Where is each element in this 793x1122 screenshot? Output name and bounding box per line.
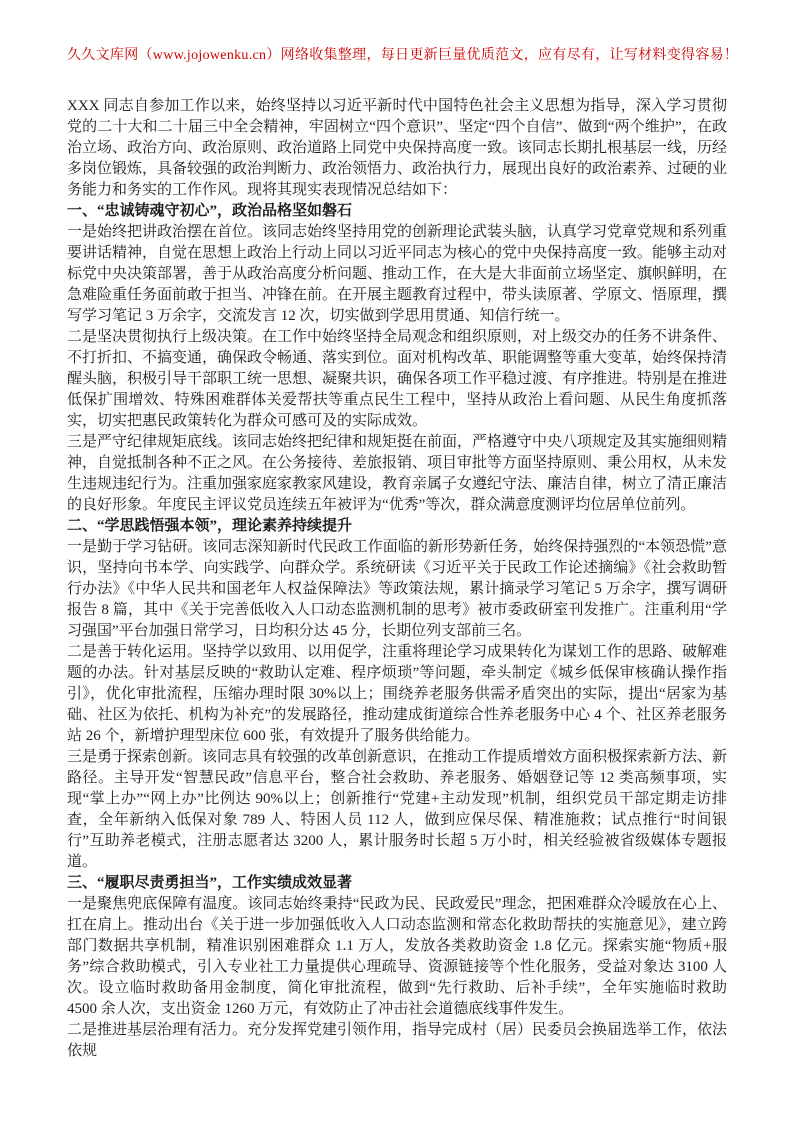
section-heading-3: 三、“履职尽责勇担当”，工作实绩成效显著 (67, 873, 727, 894)
section1-point3-paragraph: 三是严守纪律规矩底线。该同志始终把纪律和规矩挺在前面，严格遵守中央八项规定及其实… (67, 432, 727, 516)
watermark-header: 久久文库网（www.jojowenku.cn）网络收集整理，每日更新巨量优质范文… (67, 45, 727, 66)
section2-point1-paragraph: 一是勤于学习钻研。该同志深知新时代民政工作面临的新形势新任务，始终保持强烈的“本… (67, 537, 727, 642)
section-heading-2: 二、“学思践悟强本领”，理论素养持续提升 (67, 516, 727, 537)
section2-point2-paragraph: 二是善于转化运用。坚持学以致用、以用促学，注重将理论学习成果转化为谋划工作的思路… (67, 642, 727, 747)
section3-point2-paragraph-truncated: 二是推进基层治理有活力。充分发挥党建引领作用，指导完成村（居）民委员会换届选举工… (67, 1020, 727, 1062)
section3-point1-paragraph: 一是聚焦兜底保障有温度。该同志始终秉持“民政为民、民政爱民”理念，把困难群众冷暖… (67, 894, 727, 1020)
document-body: XXX 同志自参加工作以来，始终坚持以习近平新时代中国特色社会主义思想为指导，深… (67, 96, 727, 1062)
section1-point2-paragraph: 二是坚决贯彻执行上级决策。在工作中始终坚持全局观念和组织原则，对上级交办的任务不… (67, 327, 727, 432)
document-page: 久久文库网（www.jojowenku.cn）网络收集整理，每日更新巨量优质范文… (0, 0, 793, 1122)
section-heading-1: 一、“忠诚铸魂守初心”，政治品格坚如磐石 (67, 201, 727, 222)
section1-point1-paragraph: 一是始终把讲政治摆在首位。该同志始终坚持用党的创新理论武装头脑，认真学习党章党规… (67, 222, 727, 327)
section2-point3-paragraph: 三是勇于探索创新。该同志具有较强的改革创新意识，在推动工作提质增效方面积极探索新… (67, 747, 727, 873)
intro-paragraph: XXX 同志自参加工作以来，始终坚持以习近平新时代中国特色社会主义思想为指导，深… (67, 96, 727, 201)
